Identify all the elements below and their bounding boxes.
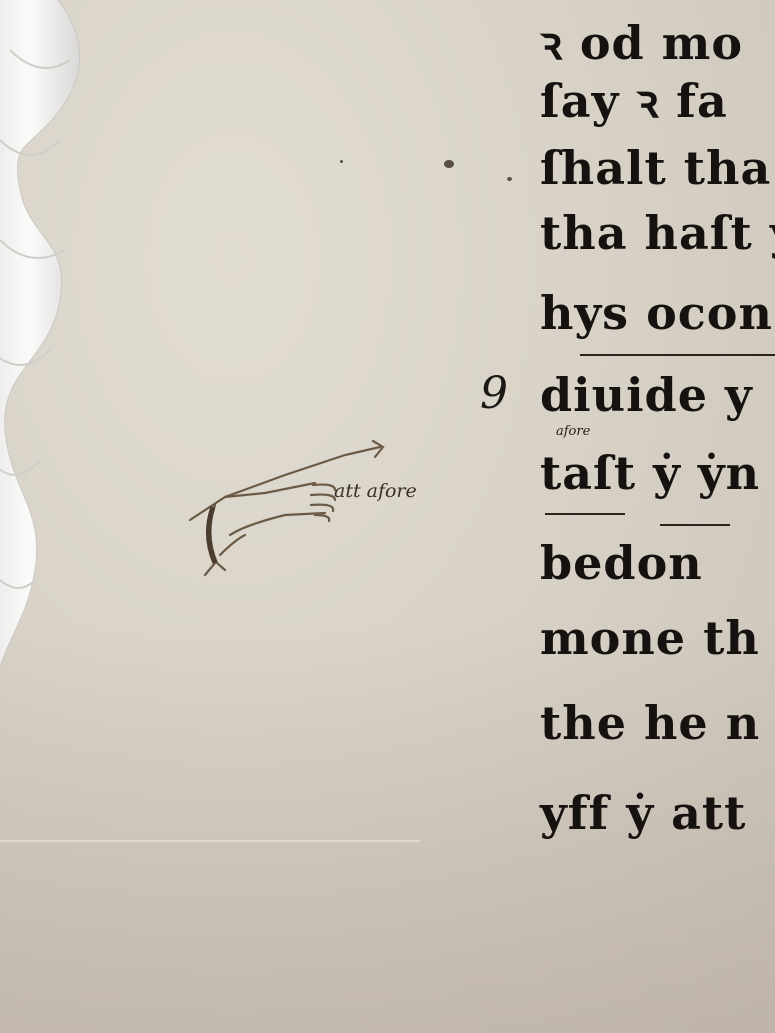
text-line: taſt ẏ ẏn <box>540 450 760 496</box>
text-line: ſhalt tha <box>540 145 771 191</box>
text-line: mone th <box>540 615 760 661</box>
text-line: tha haſt y <box>540 210 775 256</box>
text-line: bedon <box>540 540 703 586</box>
text-line: ꝛ od mo <box>540 20 743 66</box>
underline <box>660 524 730 526</box>
ink-speck <box>340 160 343 163</box>
underline <box>545 513 625 515</box>
marginal-annotation: att afore <box>334 480 417 502</box>
text-line: yff ẏ att <box>540 790 746 836</box>
text-line: ſay ꝛ fa <box>540 78 728 124</box>
ink-speck <box>444 160 454 168</box>
text-line: hys ocon <box>540 290 773 336</box>
interlinear-gloss: afore <box>556 424 590 439</box>
text-line: diuide y <box>540 372 753 418</box>
page-crease <box>0 840 420 842</box>
text-line: the he n <box>540 700 760 746</box>
line-numeral: 9 <box>480 368 508 419</box>
ruling-line <box>580 354 775 356</box>
ink-speck <box>507 177 512 181</box>
manicule-pointing-hand-icon <box>185 435 385 585</box>
